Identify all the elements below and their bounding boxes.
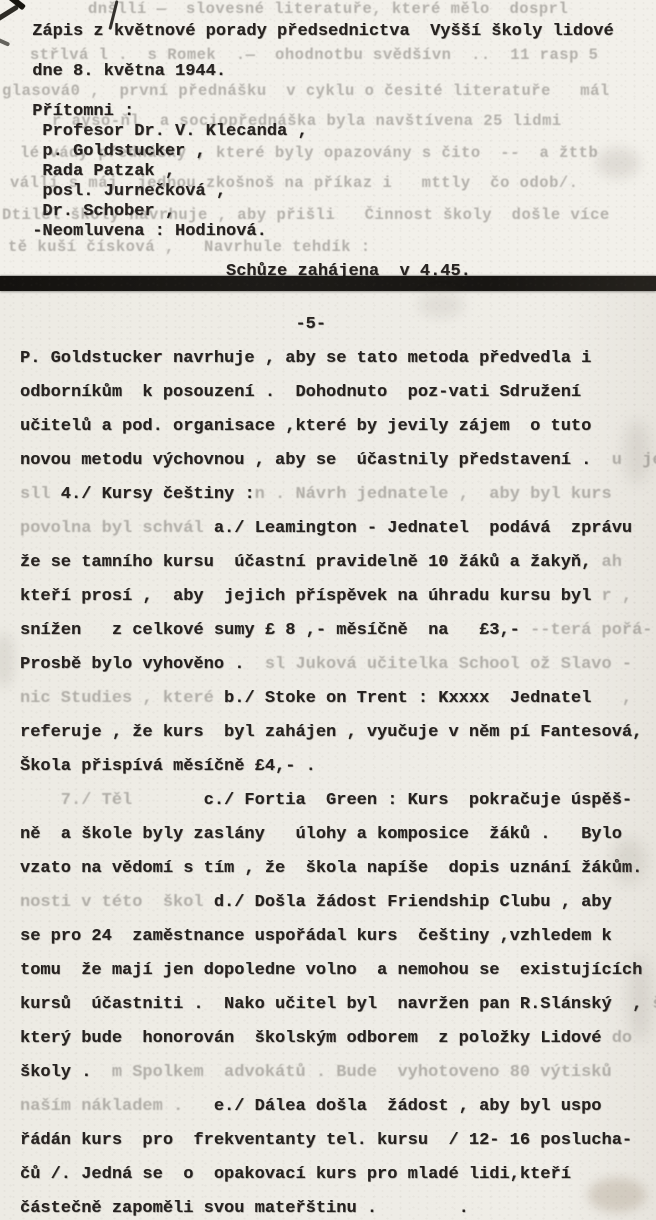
- typed-text: tomu že mají jen dopoledne volno a nemoh…: [20, 961, 642, 980]
- text-line: dne 8. května 1944.: [22, 62, 656, 82]
- bleed-through-text: m Spolkem advokátů . Bude vyhotoveno 80 …: [91, 1063, 611, 1082]
- typed-text: učitelů a pod. organisace ,které by jevi…: [20, 417, 591, 436]
- bleed-through-text: ,: [591, 689, 632, 708]
- typed-text: novou metodu výchovnou , aby se účastnil…: [20, 451, 591, 470]
- text-line: kursů účastniti . Nako učitel byl navrže…: [20, 988, 656, 1022]
- bleed-through-text: naším nákladem .: [20, 1097, 183, 1116]
- text-line: snížen z celkové sumy £ 8 ,- měsíčně na …: [20, 614, 656, 648]
- text-line: [22, 242, 656, 262]
- text-line: který bude honorován školským odborem z …: [20, 1022, 656, 1056]
- typed-text: snížen z celkové sumy £ 8 ,- měsíčně na …: [20, 621, 520, 640]
- text-line: 7./ Těl c./ Fortia Green : Kurs pokračuj…: [20, 784, 656, 818]
- typed-text: d./ Došla žádost Friendship Clubu , aby: [204, 893, 612, 912]
- typed-text: c./ Fortia Green : Kurs pokračuje úspěš-: [132, 791, 632, 810]
- typed-text: e./ Dálea došla žádost , aby byl uspo: [183, 1097, 601, 1116]
- text-line: školy . m Spolkem advokátů . Bude vyhoto…: [20, 1056, 656, 1090]
- typed-text: že se tamního kursu účastní pravidelně 1…: [20, 553, 591, 572]
- text-line: Rada Patzak ,: [22, 162, 656, 182]
- typed-text: b./ Stoke on Trent : Kxxxx Jednatel: [214, 689, 591, 708]
- bleed-through-text: n . Návrh jednatele , aby byl kurs: [255, 485, 612, 504]
- top-page-fragment: dnšllí — slovesné literatuře, které mělo…: [0, 0, 656, 278]
- bleed-through-text: nosti v této škol: [20, 893, 204, 912]
- typed-text: kteří prosí , aby jejich příspěvek na úh…: [20, 587, 591, 606]
- text-line: Prosbě bylo vyhověno . sl Juková učitelk…: [20, 648, 656, 682]
- typed-text: a./ Leamington - Jednatel podává zprávu: [204, 519, 632, 538]
- text-line: [22, 42, 656, 62]
- typed-text: částečně zapoměli svou mateřštinu . .: [20, 1199, 469, 1218]
- typed-text: řádán kurs pro frekventanty tel. kursu /…: [20, 1131, 632, 1150]
- text-line: čů /. Jedná se o opakovací kurs pro mlad…: [20, 1158, 656, 1192]
- text-line: posl. Jurnečková ,: [22, 182, 656, 202]
- main-page-text: -5-P. Goldstucker navrhuje , aby se tato…: [0, 291, 656, 1220]
- text-line: Škola přispívá měsíčně £4,- .: [20, 750, 656, 784]
- typed-text: kursů účastniti . Nako učitel byl navrže…: [20, 995, 642, 1014]
- typed-text: 4./ Kursy češtiny :: [51, 485, 255, 504]
- text-line: tomu že mají jen dopoledne volno a nemoh…: [20, 954, 656, 988]
- text-line: Profesor Dr. V. Klecanda ,: [22, 122, 656, 142]
- text-line: naším nákladem . e./ Dálea došla žádost …: [20, 1090, 656, 1124]
- bleed-through-text: povolna byl schvál: [20, 519, 204, 538]
- text-line: učitelů a pod. organisace ,které by jevi…: [20, 410, 656, 444]
- text-line: sll 4./ Kursy češtiny :n . Návrh jednate…: [20, 478, 656, 512]
- text-line: řádán kurs pro frekventanty tel. kursu /…: [20, 1124, 656, 1158]
- bleed-through-text: u je: [591, 451, 656, 470]
- scan-separator-band: [0, 276, 656, 291]
- bleed-through-text: ah: [591, 553, 622, 572]
- text-line: Přítomni :: [22, 102, 656, 122]
- text-line: novou metodu výchovnou , aby se účastnil…: [20, 444, 656, 478]
- main-page-fragment: -5-P. Goldstucker navrhuje , aby se tato…: [0, 291, 656, 1220]
- text-line: povolna byl schvál a./ Leamington - Jedn…: [20, 512, 656, 546]
- text-line: vzato na vědomí s tím , že škola napíše …: [20, 852, 656, 886]
- typed-text: -5-: [20, 315, 326, 334]
- bleed-through-text: --terá pořá-: [520, 621, 653, 640]
- typed-text: vzato na vědomí s tím , že škola napíše …: [20, 859, 642, 878]
- text-line: ně a škole byly zaslány úlohy a komposic…: [20, 818, 656, 852]
- bleed-through-text: ště: [642, 995, 656, 1014]
- typed-text: referuje , že kurs byl zahájen , vyučuje…: [20, 723, 642, 742]
- scanned-document-page: dnšllí — slovesné literatuře, které mělo…: [0, 0, 656, 1220]
- text-line: Dr. Schober ,: [22, 202, 656, 222]
- typed-text: se pro 24 zaměstnance uspořádal kurs češ…: [20, 927, 612, 946]
- typed-text: odborníkům k posouzení . Dohodnuto poz-v…: [20, 383, 581, 402]
- bleed-through-text: sl Juková učitelka School ož Slavo -: [244, 655, 632, 674]
- bleed-through-text: 7./ Těl: [20, 791, 132, 810]
- text-line: nic Studies , které b./ Stoke on Trent :…: [20, 682, 656, 716]
- top-fragment-text: Zápis z květnové porady předsednictva Vy…: [0, 0, 656, 282]
- text-line: p. Goldstucker ,: [22, 142, 656, 162]
- text-line: že se tamního kursu účastní pravidelně 1…: [20, 546, 656, 580]
- text-line: se pro 24 zaměstnance uspořádal kurs češ…: [20, 920, 656, 954]
- typed-text: Škola přispívá měsíčně £4,- .: [20, 757, 316, 776]
- text-line: kteří prosí , aby jejich příspěvek na úh…: [20, 580, 656, 614]
- typed-text: ně a škole byly zaslány úlohy a komposic…: [20, 825, 622, 844]
- text-line: P. Goldstucker navrhuje , aby se tato me…: [20, 342, 656, 376]
- typed-text: který bude honorován školským odborem z …: [20, 1029, 602, 1048]
- text-line: [22, 82, 656, 102]
- bleed-through-text: do: [602, 1029, 633, 1048]
- text-line: nosti v této škol d./ Došla žádost Frien…: [20, 886, 656, 920]
- typed-text: školy .: [20, 1063, 91, 1082]
- text-line: Zápis z květnové porady předsednictva Vy…: [22, 22, 656, 42]
- bleed-through-text: r ,: [591, 587, 632, 606]
- text-line: -5-: [20, 308, 656, 342]
- text-line: odborníkům k posouzení . Dohodnuto poz-v…: [20, 376, 656, 410]
- text-line: -Neomluvena : Hodinová.: [22, 222, 656, 242]
- typed-text: P. Goldstucker navrhuje , aby se tato me…: [20, 349, 591, 368]
- bleed-through-text: sll: [20, 485, 51, 504]
- text-line: částečně zapoměli svou mateřštinu . .: [20, 1192, 656, 1220]
- typed-text: Prosbě bylo vyhověno .: [20, 655, 244, 674]
- typed-text: čů /. Jedná se o opakovací kurs pro mlad…: [20, 1165, 571, 1184]
- text-line: referuje , že kurs byl zahájen , vyučuje…: [20, 716, 656, 750]
- bleed-through-text: nic Studies , které: [20, 689, 214, 708]
